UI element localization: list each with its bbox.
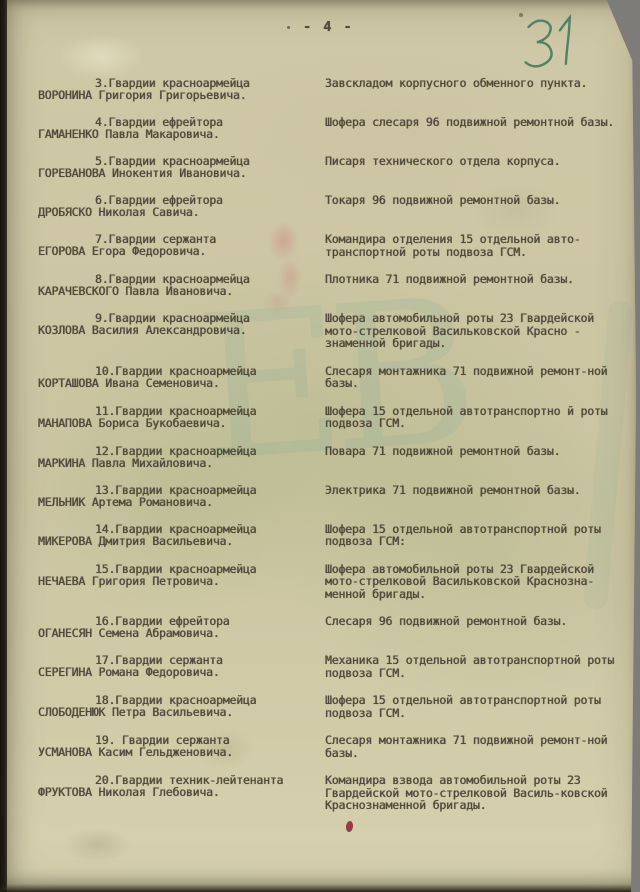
entry-name: ГОРЕВАНОВА Инокентия Ивановича. [38,167,325,179]
entry-position: Слесаря монтажника 71 подвижной ремонт-н… [325,365,626,390]
entry-row: 13.Гвардии красноармейца МЕЛЬНИК Артема … [38,484,626,508]
entry-name: ЕГОРОВА Егора Федоровича. [38,245,325,257]
entry-name: НЕЧАЕВА Григория Петровича. [38,575,325,587]
entry-name: МЕЛЬНИК Артема Романовича. [38,496,325,508]
entry-position: Шофера 15 отдельной автотранспортно й ро… [325,405,626,430]
entry-name: ДРОБЯСКО Николая Савича. [38,206,325,218]
entry-name: ВОРОНИНА Григория Григорьевича. [38,89,325,101]
entry-row: 4.Гвардии ефрейтора ГАМАНЕНКО Павла Мака… [38,116,626,140]
entry-position: Командира взвода автомобильной роты 23 Г… [325,774,626,812]
entry-row: 7.Гвардии сержанта ЕГОРОВА Егора Федоров… [38,233,626,258]
entry-row: 3.Гвардии красноармейца ВОРОНИНА Григори… [38,77,626,101]
entry-name: КОЗЛОВА Василия Александровича. [38,324,325,336]
entry-position: Командира отделения 15 отдельной авто-тр… [325,233,626,258]
entry-position: Электрика 71 подвижной ремонтной базы. [325,484,626,508]
entry-row: 17.Гвардии сержанта СЕРЕГИНА Романа Федо… [38,654,626,679]
entry-name: МИКЕРОВА Дмитрия Васильевича. [38,535,325,547]
entry-name: ГАМАНЕНКО Павла Макаровича. [38,128,325,140]
award-entries-list: 3.Гвардии красноармейца ВОРОНИНА Григори… [38,77,626,827]
entry-position: Завскладом корпусного обменного пункта. [325,77,626,101]
entry-rank: 15.Гвардии красноармейца [38,563,325,575]
entry-name: МАРКИНА Павла Михайловича. [38,457,325,469]
entry-position: Шофера 15 отдельной автотранспортной рот… [325,694,626,719]
entry-position: Слесаря 96 подвижной ремонтной базы. [325,615,626,639]
entry-name: КОРТАШОВА Ивана Семеновича. [38,377,325,389]
page-bottom-shadow [0,884,640,892]
entry-row: 19. Гвардии сержанта УСМАНОВА Касим Гель… [38,734,626,759]
document-page: ЕВ - 4 - 3.Гвардии красноармейца ВОРОНИН… [0,0,640,892]
entry-row: 16.Гвардии ефрейтора ОГАНЕСЯН Семена Абр… [38,615,626,639]
ink-speck [287,26,290,29]
entry-position: Шофера автомобильной роты 23 Гвардейской… [325,563,626,601]
entry-row: 9.Гвардии красноармейца КОЗЛОВА Василия … [38,312,626,350]
entry-row: 5.Гвардии красноармейца ГОРЕВАНОВА Иноке… [38,155,626,179]
entry-row: 14.Гвардии красноармейца МИКЕРОВА Дмитри… [38,523,626,548]
entry-row: 8.Гвардии красноармейца КАРАЧЕВСКОГО Пав… [38,273,626,297]
book-spine-shadow [0,0,7,892]
entry-name: СЕРЕГИНА Романа Федоровича. [38,666,325,678]
entry-position: Токаря 96 подвижной ремонтной базы. [325,194,626,218]
entry-row: 10.Гвардии красноармейца КОРТАШОВА Ивана… [38,365,626,390]
entry-position: Плотника 71 подвижной ремонтной базы. [325,273,626,297]
entry-position: Механика 15 отдельной автотранспортной р… [325,654,626,679]
entry-row: 20.Гвардии техник-лейтенанта ФРУКТОВА Ни… [38,774,626,812]
entry-name: КАРАЧЕВСКОГО Павла Ивановича. [38,285,325,297]
handwritten-page-number [514,10,591,76]
entry-name: СЛОБОДЕНЮК Петра Васильевича. [38,706,325,718]
entry-name: УСМАНОВА Касим Гельдженовича. [38,746,325,758]
entry-rank: 13.Гвардии красноармейца [38,484,325,496]
paper-emboss-mark [58,34,144,80]
entry-rank: 14.Гвардии красноармейца [38,523,325,535]
entry-row: 15.Гвардии красноармейца НЕЧАЕВА Григори… [38,563,626,601]
page-number: - 4 - [303,19,354,35]
entry-position: Писаря технического отдела корпуса. [325,155,626,179]
entry-name: МАНАПОВА Бориса Букобаевича. [38,417,325,429]
entry-row: 12.Гвардии красноармейца МАРКИНА Павла М… [38,445,626,469]
entry-row: 18.Гвардии красноармейца СЛОБОДЕНЮК Петр… [38,694,626,719]
entry-position: Шофера 15 отдельной автотранспортной рот… [325,523,626,548]
entry-position: Слесаря монтажника 71 подвижной ремонт-н… [325,734,626,759]
entry-position: Повара 71 подвижной ремонтной базы. [325,445,626,469]
entry-rank: 10.Гвардии красноармейца [38,365,325,377]
entry-row: 11.Гвардии красноармейца МАНАПОВА Бориса… [38,405,626,430]
entry-position: Шофера слесаря 96 подвижной ремонтной ба… [325,116,626,140]
entry-rank: 11.Гвардии красноармейца [38,405,325,417]
paper-stain [62,828,132,862]
entry-row: 6.Гвардии ефрейтора ДРОБЯСКО Николая Сав… [38,194,626,218]
entry-name: ОГАНЕСЯН Семена Абрамовича. [38,627,325,639]
entry-position: Шофера автомобильной роты 23 Гвардейской… [325,312,626,350]
entry-name: ФРУКТОВА Николая Глебовича. [38,786,325,798]
entry-rank: 12.Гвардии красноармейца [38,445,325,457]
